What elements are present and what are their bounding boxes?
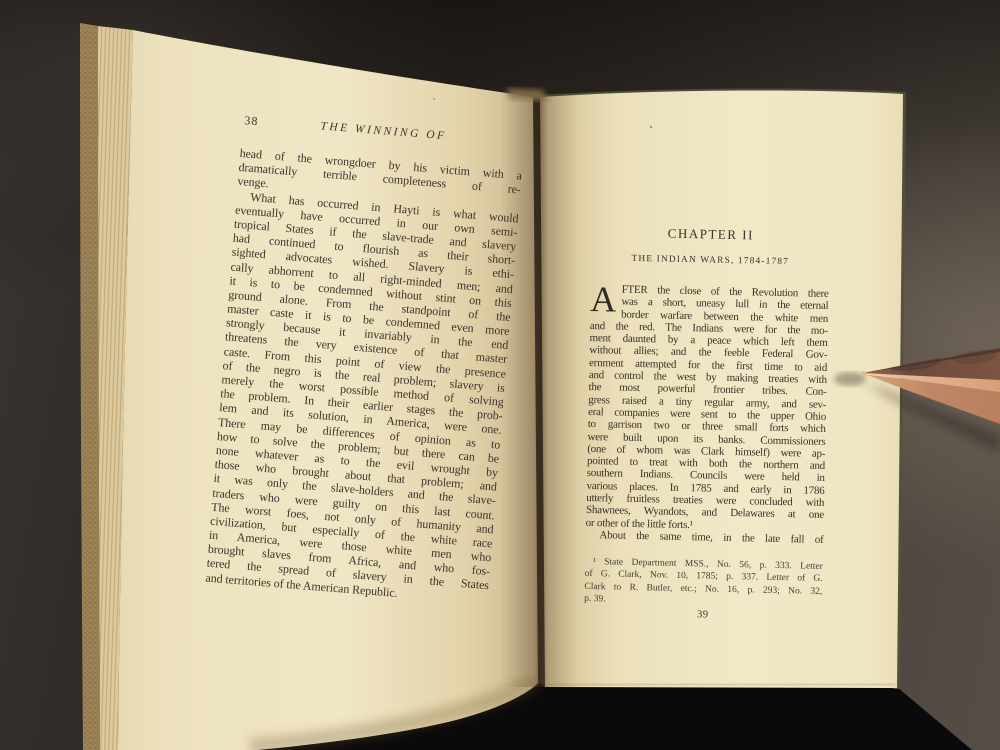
chapter-subtitle: THE INDIAN WARS, 1784-1787 — [591, 253, 829, 272]
drop-cap: A — [590, 281, 617, 318]
paper-fleck — [433, 98, 435, 100]
photo-open-book: 38 THE WINNING OF head of the wrongdoer … — [0, 0, 1000, 750]
chapter-heading: CHAPTER II — [592, 224, 830, 247]
right-page-bottom-shading — [548, 684, 895, 685]
right-page-text: CHAPTER II THE INDIAN WARS, 1784-1787 A … — [584, 224, 830, 623]
right-page-body: A FTER the close of the Revolution there… — [585, 283, 828, 546]
spine-headband — [506, 88, 547, 101]
footnote: ¹ State Department MSS., No. 56, p. 333.… — [584, 556, 823, 610]
letter-opener-tip — [861, 371, 866, 376]
left-page-body: head of the wrongdoer by his victim with… — [205, 146, 522, 607]
paper-fleck — [650, 126, 652, 128]
left-page-text: 38 THE WINNING OF head of the wrongdoer … — [205, 113, 525, 607]
cover-shading — [80, 23, 100, 750]
letter-opener-tip-shadow — [834, 372, 866, 386]
